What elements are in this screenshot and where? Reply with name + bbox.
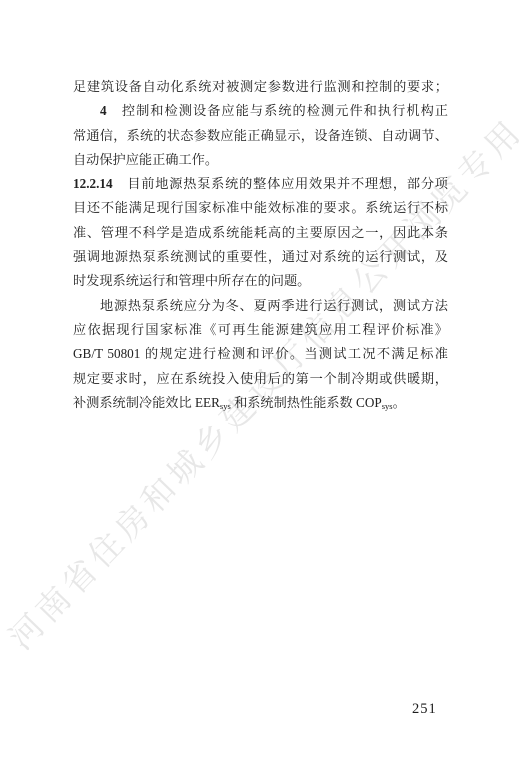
text-segment: 自动保护应能正确工作。 (73, 152, 218, 167)
text-line: 规定要求时，应在系统投入使用后的第一个制冷期或供暖期， (73, 367, 448, 391)
text-segment: 足建筑设备自动化系统对被测定参数进行监测和控制的要求； (73, 79, 448, 94)
document-page: 河南省住房和城乡建设厅信息公开浏览专用 足建筑设备自动化系统对被测定参数进行监测… (0, 0, 522, 760)
text-line: 地源热泵系统应分为冬、夏两季进行运行测试，测试方法 (73, 294, 448, 318)
text-segment: 目还不能满足现行国家标准中能效标准的要求。系统运行不标 (73, 200, 448, 215)
text-segment: 准、管理不科学是造成系统能耗高的主要原因之一，因此本条 (73, 225, 448, 240)
text-line: 自动保护应能正确工作。 (73, 148, 448, 172)
text-segment: 应依据现行国家标准《可再生能源建筑应用工程评价标准》 (73, 322, 448, 337)
text-segment: 和系统制热性能系数 COP (231, 395, 382, 410)
text-segment: 控制和检测设备应能与系统的检测元件和执行机构正 (107, 103, 448, 118)
text-segment: 强调地源热泵系统测试的重要性，通过对系统的运行测试，及 (73, 249, 448, 264)
text-segment: GB/T 50801 的规定进行检测和评价。当测试工况不满足标准 (73, 346, 448, 361)
text-segment: 。 (393, 395, 406, 410)
text-segment: 目前地源热泵系统的整体应用效果并不理想，部分项 (113, 176, 448, 191)
document-body: 足建筑设备自动化系统对被测定参数进行监测和控制的要求；4 控制和检测设备应能与系… (73, 75, 448, 415)
clause-number: 12.2.14 (73, 176, 113, 191)
text-segment: 地源热泵系统应分为冬、夏两季进行运行测试，测试方法 (100, 298, 448, 313)
text-line: 足建筑设备自动化系统对被测定参数进行监测和控制的要求； (73, 75, 448, 99)
text-line: 常通信，系统的状态参数应能正确显示，设备连锁、自动调节、 (73, 124, 448, 148)
subscript-text: sys (220, 401, 231, 411)
text-segment: 补测系统制冷能效比 EER (73, 395, 220, 410)
text-segment: 时发现系统运行和管理中所存在的问题。 (73, 273, 310, 288)
clause-number: 4 (100, 103, 107, 118)
text-line: 时发现系统运行和管理中所存在的问题。 (73, 269, 448, 293)
text-line: 强调地源热泵系统测试的重要性，通过对系统的运行测试，及 (73, 245, 448, 269)
text-line: 应依据现行国家标准《可再生能源建筑应用工程评价标准》 (73, 318, 448, 342)
text-line: 补测系统制冷能效比 EERsys 和系统制热性能系数 COPsys。 (73, 391, 448, 415)
text-segment: 规定要求时，应在系统投入使用后的第一个制冷期或供暖期， (73, 371, 448, 386)
page-number: 251 (412, 701, 437, 718)
subscript-text: sys (382, 401, 393, 411)
text-line: 目还不能满足现行国家标准中能效标准的要求。系统运行不标 (73, 196, 448, 220)
text-line: GB/T 50801 的规定进行检测和评价。当测试工况不满足标准 (73, 342, 448, 366)
text-line: 4 控制和检测设备应能与系统的检测元件和执行机构正 (73, 99, 448, 123)
text-segment: 常通信，系统的状态参数应能正确显示，设备连锁、自动调节、 (73, 128, 448, 143)
text-line: 准、管理不科学是造成系统能耗高的主要原因之一，因此本条 (73, 221, 448, 245)
text-line: 12.2.14 目前地源热泵系统的整体应用效果并不理想，部分项 (73, 172, 448, 196)
